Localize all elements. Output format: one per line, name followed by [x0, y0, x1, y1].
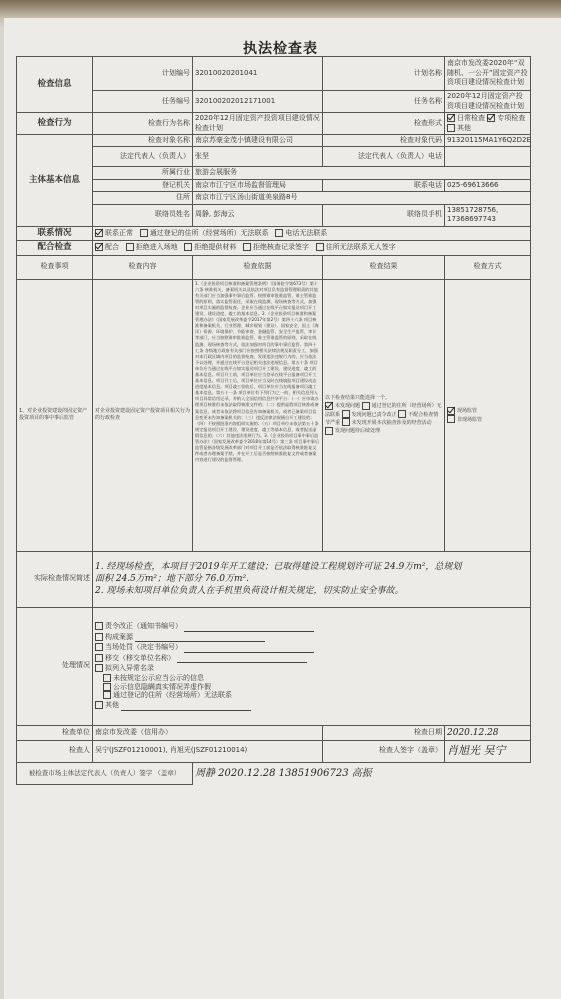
checkbox-icon[interactable] [95, 643, 103, 651]
checkbox-icon[interactable] [95, 654, 103, 662]
checkbox-icon[interactable] [95, 243, 103, 251]
checkbox-icon[interactable] [95, 701, 103, 709]
check-content: 对企业投资建设固定资产投资项目相关行为的行政检查 [93, 279, 193, 551]
legal-phone-label: 法定代表人（负责人）电话 [323, 147, 445, 167]
legal: 张坚 [193, 147, 323, 167]
handling-abnormal[interactable]: 拟列入异常名录 [95, 663, 528, 674]
form-label: 检查形式 [323, 113, 445, 135]
check-methods: 现场监管 非现场监管 [445, 279, 531, 551]
checkbox-icon[interactable] [342, 418, 350, 426]
checkbox-icon[interactable] [140, 229, 148, 237]
cooperate-yes[interactable]: 配合 [95, 243, 119, 251]
liaison: 周静, 彭海云 [193, 204, 323, 226]
obj-code-label: 检查对象代码 [323, 135, 445, 147]
checkbox-icon[interactable] [103, 683, 111, 691]
result-option[interactable]: 发现问题已责令改正 [342, 412, 397, 418]
actual-description: 1. 经现场检查，本项目于2019年开工建设；已取得建设工程规划许可证 24.9… [93, 551, 531, 607]
section-info: 检查信息 [17, 57, 93, 113]
method-offsite[interactable]: 非现场监管 [447, 417, 482, 423]
plan-name: 南京市发改委2020年“双随机、一公开”固定资产投资项目建设情况检查计划 [445, 57, 531, 91]
check-basis: 1.《企业投资项目核准和备案管理条例》（国务院令第673号）第十六条 核准机关、… [193, 279, 323, 551]
task-name: 2020年12月固定资产投资项目建设情况检查计划 [445, 91, 531, 113]
legal-label: 法定代表人（负责人） [93, 147, 193, 167]
inspector-signature: 肖旭光 吴宁 [445, 740, 531, 762]
checkbox-icon[interactable] [184, 243, 192, 251]
checkbox-icon[interactable] [243, 243, 251, 251]
inspection-form: 检查信息 计划编号 32010020201041 计划名称 南京市发改委2020… [16, 56, 531, 785]
method-onsite[interactable]: 现场监管 [447, 408, 477, 414]
date-label: 检查日期 [323, 725, 445, 740]
checkbox-icon[interactable] [325, 427, 333, 435]
actual-line: 面积 24.5万m²；地下部分 76.0万m². [95, 573, 528, 585]
header-basis: 检查依据 [193, 255, 323, 279]
checkbox-icon[interactable] [325, 402, 333, 410]
subject-signature: 周静 2020.12.28 13851906723 高振 [193, 762, 531, 784]
section-behavior: 检查行为 [17, 113, 93, 135]
checkbox-icon[interactable] [95, 622, 103, 630]
contact-normal[interactable]: 联系正常 [95, 229, 133, 237]
blank-line[interactable] [121, 702, 251, 711]
inspection-date: 2020.12.28 [445, 725, 531, 740]
handling-rectify[interactable]: 责令改正（通知书编号） [95, 621, 528, 632]
check-results: 以下检查结果只能选择一个。 未发现问题 通过登记的住所（经营场所）无法联系 发现… [323, 279, 445, 551]
phone: 025-69613666 [445, 179, 531, 191]
inspectors: 吴宁(JSZF01210001), 肖旭光(JSZF01210014) [93, 740, 323, 762]
plan-no-label: 计划编号 [93, 57, 193, 91]
handling-case[interactable]: 构成案源 [95, 632, 528, 643]
cooperate-refuse-entry[interactable]: 拒绝进入场地 [126, 243, 178, 251]
header-result: 检查结果 [323, 255, 445, 279]
checkbox-icon[interactable] [95, 229, 103, 237]
checkbox-icon[interactable] [95, 664, 103, 672]
address: 南京市江宁区汤山街道美泉路8号 [193, 192, 531, 204]
handling-options: 责令改正（通知书编号） 构成案源 当场处罚（决定书编号） 移交（移交单位名称） … [93, 607, 531, 725]
address-label: 住所 [93, 192, 193, 204]
obj-name: 南京苏豪金茂小镇建设有限公司 [193, 135, 323, 147]
checkbox-icon[interactable] [342, 410, 350, 418]
header-item: 检查事项 [17, 255, 93, 279]
cooperate-refuse-sign[interactable]: 拒绝核查记录签字 [243, 243, 309, 251]
checkbox-icon[interactable] [447, 124, 455, 132]
section-contact: 联系情况 [17, 226, 93, 240]
check-item: 1、对企业投资建设的固定资产投资项目的事中事后监管 [17, 279, 93, 551]
actual-line: 1. 经现场检查，本项目于2019年开工建设；已取得建设工程规划许可证 24.9… [95, 561, 528, 573]
section-subject: 主体基本信息 [17, 135, 93, 227]
checkbox-icon[interactable] [95, 633, 103, 641]
checkbox-icon[interactable] [103, 691, 111, 699]
section-cooperate: 配合检查 [17, 241, 93, 255]
unit: 南京市发改委（信用办） [93, 725, 323, 740]
checkbox-icon[interactable] [398, 410, 406, 418]
cooperate-options: 配合 拒绝进入场地 拒绝提供材料 拒绝核查记录签字 住所无法联系无人签字 [93, 241, 531, 255]
legal-phone [445, 147, 531, 167]
blank-line[interactable] [135, 633, 265, 642]
header-content: 检查内容 [93, 255, 193, 279]
obj-name-label: 检查对象名称 [93, 135, 193, 147]
checkbox-icon[interactable] [362, 402, 370, 410]
contact-phone-fail[interactable]: 电话无法联系 [275, 229, 327, 237]
checkbox-icon[interactable] [103, 674, 111, 682]
handling-other[interactable]: 其他 [95, 700, 528, 711]
result-option[interactable]: 未发现问题 [325, 403, 360, 409]
section-handling: 处理情况 [17, 607, 93, 725]
phone-label: 联系电话 [323, 179, 445, 191]
obj-code: 91320115MA1Y6Q2D2E [445, 135, 531, 147]
abnormal-sub-option[interactable]: 未按规定公示应当公示的信息 [103, 674, 528, 683]
unit-label: 检查单位 [17, 725, 93, 740]
plan-name-label: 计划名称 [323, 57, 445, 91]
blank-line[interactable] [184, 623, 314, 632]
checkbox-icon[interactable] [447, 415, 455, 423]
contact-address-fail[interactable]: 通过登记的住所（经营场所）无法联系 [140, 229, 269, 237]
behavior-name: 2020年12月固定资产投资项目建设情况检查计划 [193, 113, 323, 135]
checkbox-icon[interactable] [447, 114, 455, 122]
section-actual: 实际检查情况简述 [17, 551, 93, 607]
liaison-label: 联络员姓名 [93, 204, 193, 226]
reg-org: 南京市江宁区市场监督管理局 [193, 179, 323, 191]
plan-no: 32010020201041 [193, 57, 323, 91]
blank-line[interactable] [184, 644, 314, 653]
cooperate-refuse-material[interactable]: 拒绝提供材料 [184, 243, 236, 251]
result-option[interactable]: 未发现开展本次抽查涉及的经营活动 [342, 420, 432, 426]
subject-sign-label: 被检查市场主体法定代表人（负责人）签字 （盖章） [17, 762, 193, 784]
result-option[interactable]: 发现问题待后续处理 [325, 428, 380, 434]
header-method: 检查方式 [445, 255, 531, 279]
liaison-mobile: 13851728756, 17368697743 [445, 204, 531, 226]
inspector-label: 检查人 [17, 740, 93, 762]
contact-options: 联系正常 通过登记的住所（经营场所）无法联系 电话无法联系 [93, 226, 531, 240]
reg-org-label: 登记机关 [93, 179, 193, 191]
abnormal-sub-option[interactable]: 通过登记的住所（经营场所）无法联系 [103, 691, 528, 700]
form-options: 日常检查 专项检查 其他 [445, 113, 531, 135]
form-option-special[interactable]: 专项检查 [487, 114, 525, 122]
checkbox-icon[interactable] [126, 243, 134, 251]
page-title: 执法检查表 [0, 38, 561, 58]
blank-line[interactable] [177, 654, 307, 663]
form-option-daily[interactable]: 日常检查 [447, 114, 485, 122]
cooperate-no-contact[interactable]: 住所无法联系无人签字 [316, 243, 396, 251]
industry-label: 所属行业 [93, 167, 193, 179]
checkbox-icon[interactable] [487, 114, 495, 122]
task-no-label: 任务编号 [93, 91, 193, 113]
result-intro: 以下检查结果只能选择一个。 [325, 395, 442, 402]
sign-label: 检查人签字（盖章） [323, 740, 445, 762]
checkbox-icon[interactable] [447, 407, 455, 415]
checkbox-icon[interactable] [275, 229, 283, 237]
task-name-label: 任务名称 [323, 91, 445, 113]
behavior-name-label: 检查行为名称 [93, 113, 193, 135]
handling-penalty[interactable]: 当场处罚（决定书编号） [95, 642, 528, 653]
liaison-mobile-label: 联络员手机 [323, 204, 445, 226]
actual-line: 2. 现场未知项目单位负责人在手机里负荷设计相关规定，切实防止安全事故。 [95, 585, 528, 597]
task-no: 320100202012171001 [193, 91, 323, 113]
industry: 旅游会展服务 [193, 167, 531, 179]
handling-transfer[interactable]: 移交（移交单位名称） [95, 653, 528, 664]
form-option-other[interactable]: 其他 [447, 124, 471, 132]
checkbox-icon[interactable] [316, 243, 324, 251]
